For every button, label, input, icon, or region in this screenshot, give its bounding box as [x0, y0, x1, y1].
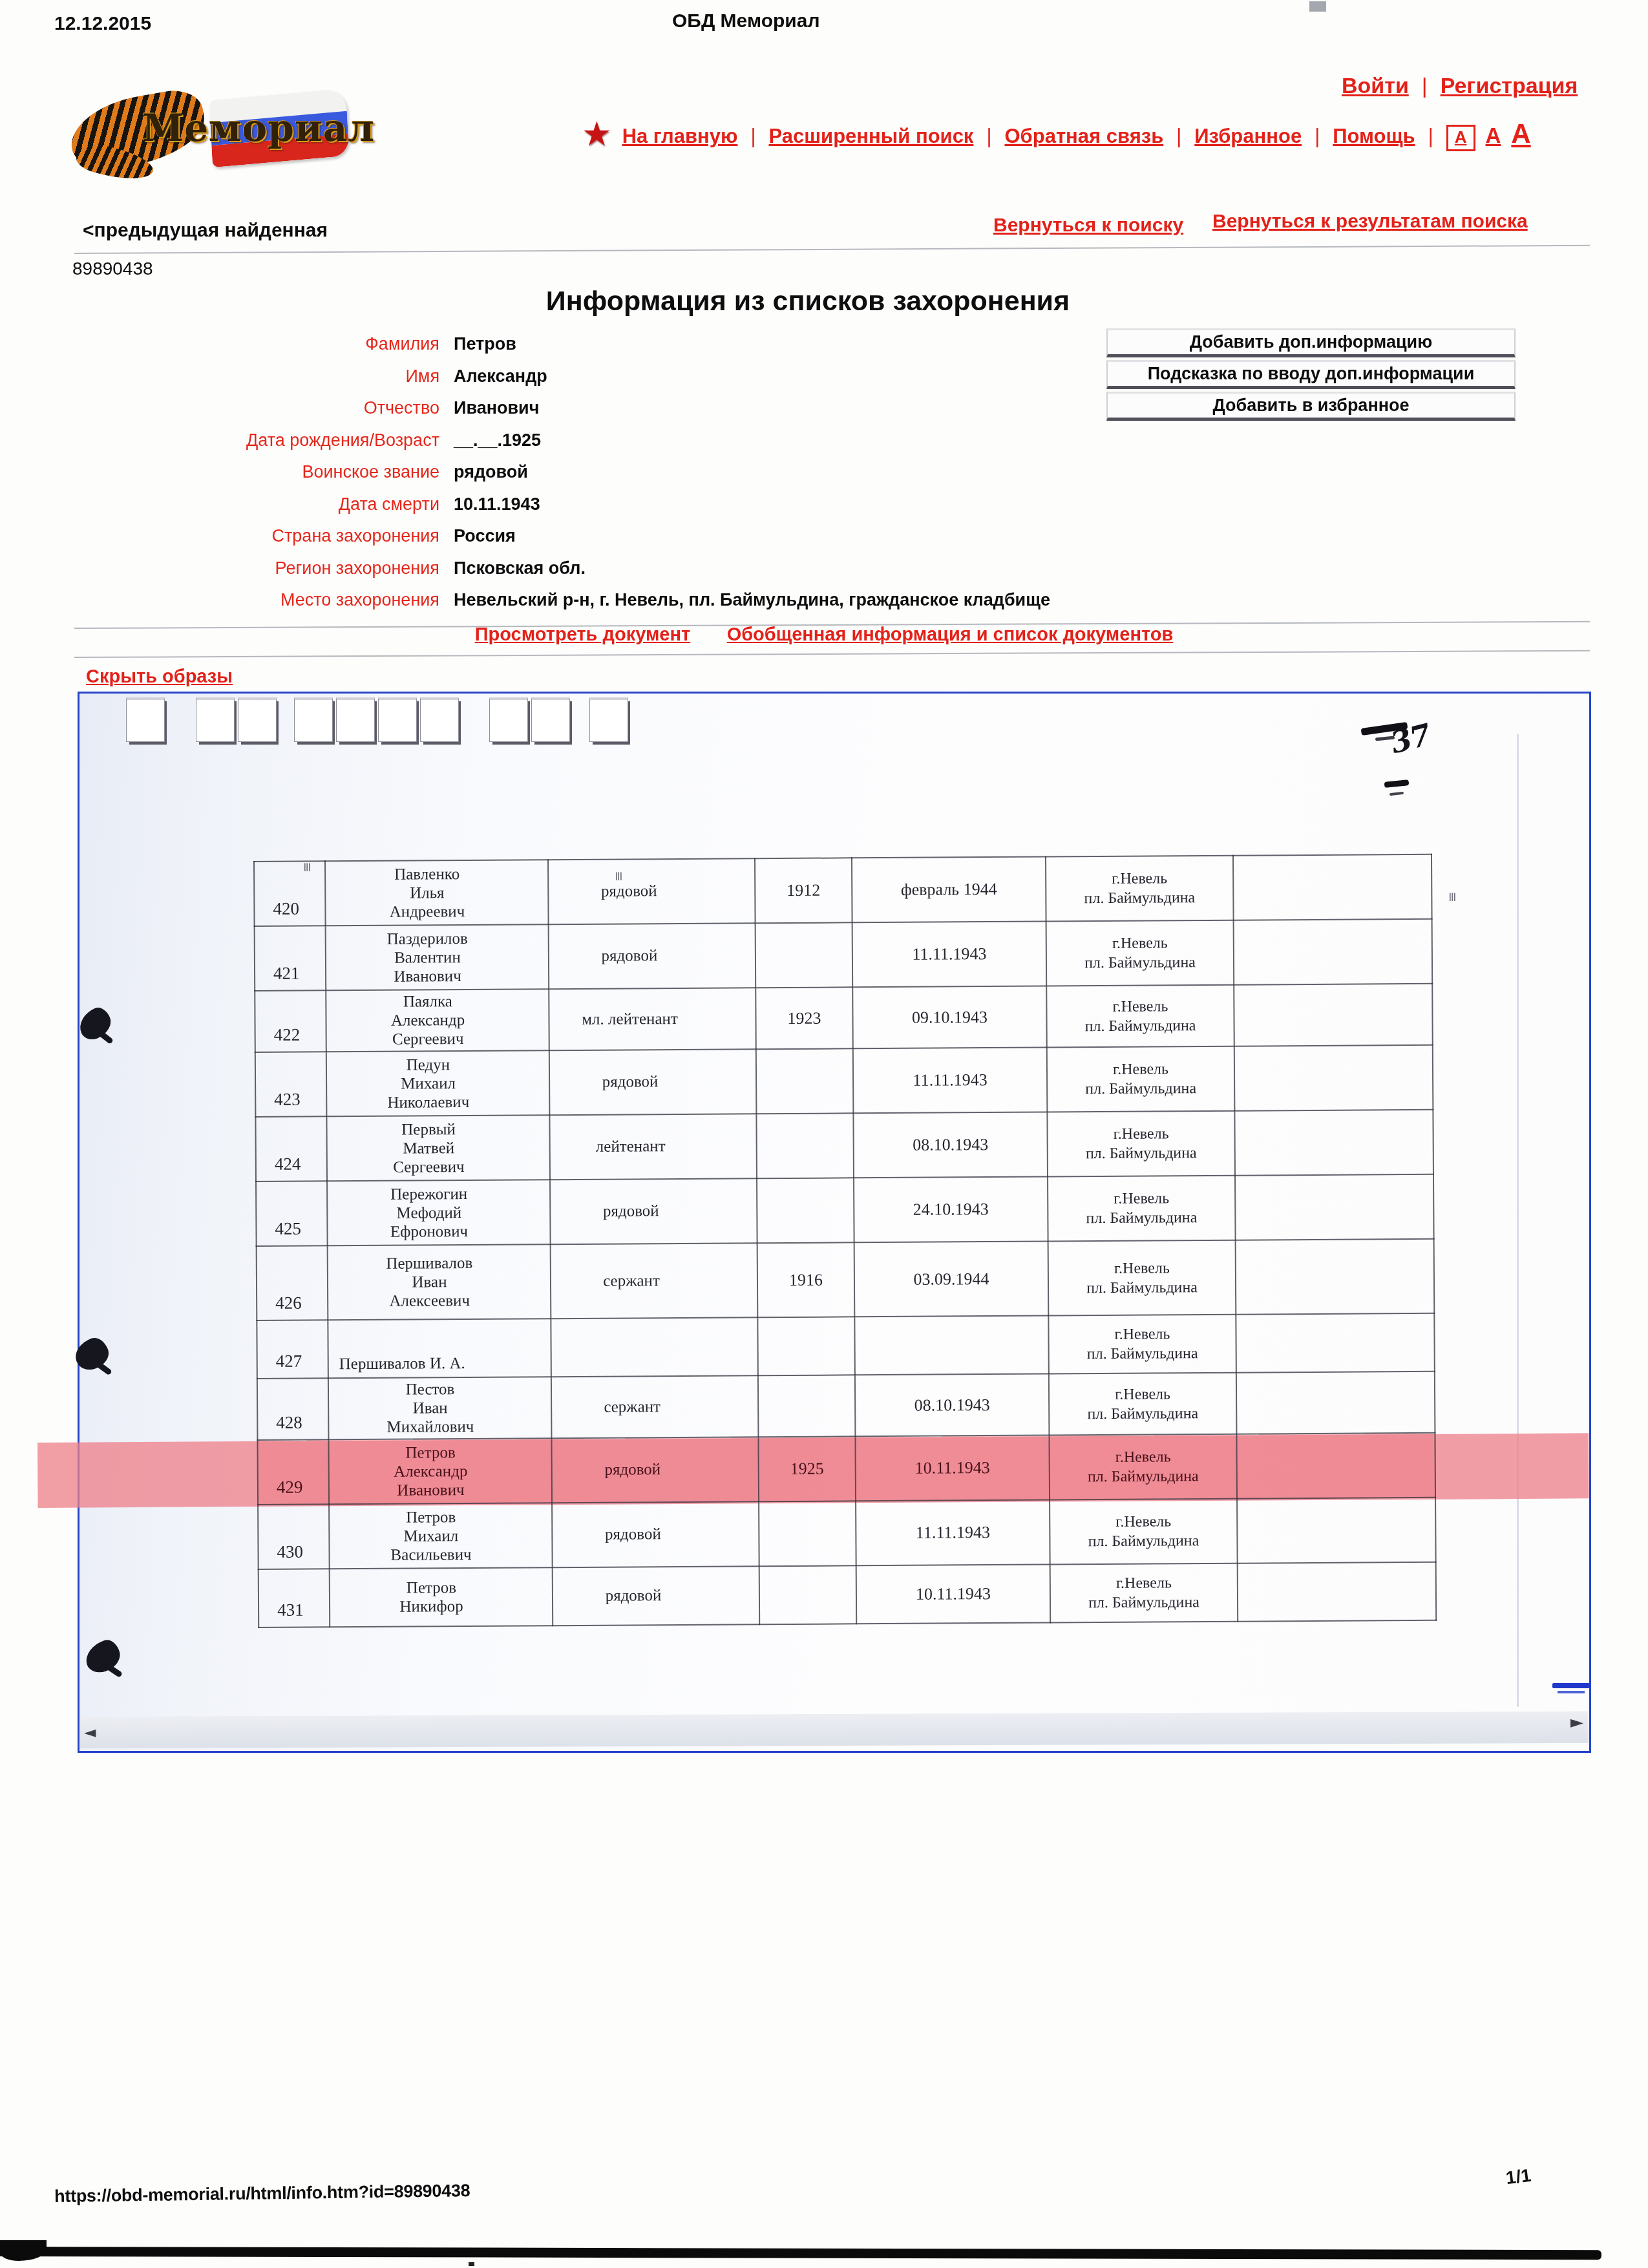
record-field-row: Регион захороненияПсковская обл.	[78, 558, 1176, 591]
field-value: Россия	[454, 526, 516, 546]
record-field-row: Место захороненияНевельский р-н, г. Неве…	[78, 590, 1176, 622]
scan-artifact	[1309, 1, 1326, 12]
birth-year-cell	[757, 1317, 855, 1375]
field-value: Петров	[454, 334, 516, 354]
burial-place-cell: г.Невельпл. Баймульдина	[1048, 1315, 1236, 1374]
field-label: Имя	[78, 366, 439, 387]
field-label: Дата смерти	[78, 494, 439, 514]
view-document-link[interactable]: Просмотреть документ	[475, 624, 691, 645]
field-label: Страна захоронения	[78, 526, 439, 546]
table-row: 430ПетровМихаилВасильевичрядовой11.11.19…	[258, 1498, 1436, 1569]
field-label: Регион захоронения	[78, 558, 439, 578]
rank-cell: рядовой	[549, 1049, 757, 1115]
empty-cell	[1236, 1433, 1435, 1499]
row-number-cell: 422	[255, 990, 326, 1052]
scan-artifact: ≡	[611, 871, 627, 882]
name-cell: ПаздериловВалентинИванович	[326, 924, 549, 990]
empty-cell	[1237, 1498, 1436, 1563]
record-field-row: ОтчествоИванович	[78, 398, 1176, 430]
death-date-cell: 03.09.1944	[854, 1241, 1049, 1317]
row-number-cell: 426	[257, 1245, 328, 1320]
burial-table: 420ПавленкоИльяАндреевичрядовой1912февра…	[253, 854, 1437, 1628]
hide-images-link[interactable]: Скрыть образы	[86, 666, 233, 688]
divider	[74, 245, 1590, 254]
print-date: 12.12.2015	[54, 13, 151, 35]
burial-place-cell: г.Невельпл. Баймульдина	[1048, 1176, 1236, 1242]
burial-place-cell: г.Невельпл. Баймульдина	[1050, 1563, 1238, 1623]
death-date-cell: февраль 1944	[852, 857, 1046, 923]
font-size-medium-button[interactable]: A	[1486, 123, 1501, 148]
name-cell: ПаялкаАлександрСергеевич	[326, 989, 549, 1052]
rank-cell: рядовой	[550, 1178, 757, 1244]
death-date-cell: 11.11.1943	[852, 922, 1047, 988]
font-size-large-button[interactable]: A	[1511, 118, 1530, 149]
name-cell: ПершиваловИванАлексеевич	[328, 1244, 551, 1320]
star-icon: ★	[582, 115, 612, 154]
rank-cell: мл. лейтенант	[549, 988, 756, 1050]
row-number-cell: 421	[255, 926, 326, 991]
scroll-right-icon[interactable]: ►	[1570, 1713, 1583, 1732]
name-cell: ПетровМихаилВасильевич	[329, 1503, 553, 1569]
image-thumbnail[interactable]	[489, 697, 528, 742]
vertical-scrollbar[interactable]	[1517, 734, 1519, 1707]
rank-cell: рядовой	[552, 1501, 759, 1567]
row-number-cell: 425	[256, 1181, 328, 1246]
empty-cell	[1236, 1313, 1435, 1373]
burial-place-cell: г.Невельпл. Баймульдина	[1046, 985, 1234, 1048]
name-cell: ПедунМихаилНиколаевич	[326, 1050, 550, 1116]
rank-cell: лейтенант	[549, 1114, 757, 1180]
record-field-row: Дата рождения/Возраст__.__.1925	[78, 430, 1176, 463]
record-field-row: Страна захороненияРоссия	[78, 526, 1176, 558]
birth-year-cell: 1916	[757, 1242, 855, 1317]
scrollbar-thumb	[1558, 1691, 1585, 1693]
death-date-cell: 11.11.1943	[856, 1500, 1050, 1565]
font-size-small-button[interactable]: A	[1446, 125, 1475, 151]
death-date-cell: 11.11.1943	[853, 1048, 1048, 1114]
nav-separator: |	[986, 125, 991, 148]
death-date-cell: 10.11.1943	[856, 1564, 1051, 1624]
scan-artifact: ≡	[1445, 892, 1461, 903]
rank-cell: сержант	[551, 1243, 758, 1319]
scanned-burial-list: 420ПавленкоИльяАндреевичрядовой1912февра…	[253, 854, 1437, 1628]
death-date-cell: 09.10.1943	[852, 986, 1047, 1049]
empty-cell	[1234, 1045, 1433, 1111]
burial-place-cell: г.Невельпл. Баймульдина	[1049, 1434, 1237, 1500]
record-field-row: Дата смерти10.11.1943	[78, 494, 1176, 527]
burial-place-cell: г.Невельпл. Баймульдина	[1047, 1046, 1235, 1112]
back-to-search-link[interactable]: Вернуться к поиску	[993, 215, 1183, 237]
birth-year-cell: 1912	[755, 858, 852, 923]
burial-place-cell: г.Невельпл. Баймульдина	[1049, 1373, 1237, 1436]
birth-year-cell: 1925	[758, 1436, 856, 1501]
rank-cell: рядовой	[551, 1437, 759, 1503]
birth-year-cell	[756, 1113, 854, 1178]
nav-advanced-search-link[interactable]: Расширенный поиск	[769, 125, 974, 148]
login-link[interactable]: Войти	[1342, 74, 1409, 99]
back-to-results-link[interactable]: Вернуться к результатам поиска	[1212, 211, 1528, 233]
field-value: Иванович	[454, 398, 539, 418]
scan-edge-artifact	[469, 2262, 474, 2266]
death-date-cell: 08.10.1943	[855, 1373, 1050, 1436]
table-row: 427Першивалов И. А.г.Невельпл. Баймульди…	[257, 1313, 1435, 1379]
image-thumbnail[interactable]	[378, 697, 417, 742]
field-label: Дата рождения/Возраст	[78, 430, 439, 450]
scan-edge-artifact	[0, 2247, 1601, 2260]
rank-cell: сержант	[551, 1375, 759, 1438]
field-label: Место захоронения	[78, 590, 439, 610]
empty-cell	[1236, 1239, 1435, 1315]
burial-place-cell: г.Невельпл. Баймульдина	[1050, 1499, 1238, 1565]
image-thumbnail[interactable]	[238, 697, 277, 742]
field-value: Александр	[454, 366, 547, 387]
burial-place-cell: г.Невельпл. Баймульдина	[1047, 1111, 1235, 1177]
row-number-cell: 428	[257, 1378, 329, 1440]
row-number-cell: 424	[255, 1116, 327, 1182]
image-thumbnail[interactable]	[531, 697, 570, 742]
image-thumbnail[interactable]	[126, 697, 165, 742]
nav-separator: |	[1428, 125, 1433, 148]
name-cell: ПавленкоИльяАндреевич	[325, 860, 549, 926]
record-fields: ФамилияПетровИмяАлександрОтчествоИванови…	[78, 334, 1176, 622]
burial-place-cell: г.Невельпл. Баймульдина	[1046, 856, 1234, 922]
rank-cell: рядовой	[548, 858, 755, 924]
table-row: 423ПедунМихаилНиколаевичрядовой11.11.194…	[255, 1045, 1433, 1117]
birth-year-cell	[755, 922, 853, 988]
birth-year-cell	[757, 1178, 854, 1243]
row-number-cell: 429	[257, 1439, 329, 1505]
record-field-row: ИмяАлександр	[78, 366, 1176, 399]
table-row: 425ПережогинМефодийЕфроновичрядовой24.10…	[256, 1174, 1434, 1246]
empty-cell	[1234, 919, 1433, 985]
birth-year-cell	[759, 1501, 856, 1566]
image-thumbnail[interactable]	[294, 697, 333, 742]
table-row: 421ПаздериловВалентинИвановичрядовой11.1…	[255, 919, 1433, 991]
scan-artifact: ≡	[300, 862, 315, 873]
rank-cell: рядовой	[549, 923, 756, 989]
image-thumbnail[interactable]	[336, 697, 375, 742]
death-date-cell: 10.11.1943	[855, 1435, 1050, 1501]
record-field-row: Воинское званиерядовой	[78, 462, 1176, 494]
auth-links: Войти | Регистрация	[1342, 74, 1578, 99]
name-cell: Першивалов И. А.	[328, 1319, 551, 1378]
scroll-left-icon[interactable]: ◄	[84, 1723, 96, 1741]
name-cell: ПетровАлександрИванович	[328, 1438, 552, 1504]
auth-separator: |	[1422, 74, 1428, 99]
row-number-cell: 431	[259, 1569, 330, 1627]
empty-cell	[1233, 854, 1432, 920]
nav-feedback-link[interactable]: Обратная связь	[1004, 125, 1163, 148]
nav-separator: |	[750, 125, 755, 148]
scrollbar-thumb[interactable]	[1552, 1683, 1590, 1688]
rank-cell	[551, 1317, 758, 1377]
print-page-title: ОБД Мемориал	[672, 10, 820, 32]
main-nav: ★ На главную | Расширенный поиск | Обрат…	[582, 112, 1531, 151]
death-date-cell: 24.10.1943	[854, 1177, 1048, 1243]
empty-cell	[1235, 1174, 1434, 1240]
table-row: 422ПаялкаАлександрСергеевичмл. лейтенант…	[255, 984, 1433, 1052]
empty-cell	[1236, 1372, 1435, 1434]
name-cell: ПестовИванМихайлович	[328, 1377, 552, 1439]
site-logo[interactable]: Мемориал	[70, 72, 361, 176]
nav-favorites-link[interactable]: Избранное	[1194, 125, 1302, 148]
table-row: 428ПестовИванМихайловичсержант08.10.1943…	[257, 1372, 1435, 1440]
field-value: Невельский р-н, г. Невель, пл. Баймульди…	[454, 590, 1050, 610]
table-row: 420ПавленкоИльяАндреевичрядовой1912февра…	[254, 854, 1432, 926]
scan-edge-artifact	[0, 2240, 47, 2261]
row-number-cell: 427	[257, 1320, 328, 1379]
page-title: Информация из списков захоронения	[546, 286, 1070, 317]
document-links: Просмотреть документ Обобщенная информац…	[0, 624, 1648, 646]
previous-found-link[interactable]: <предыдущая найденная	[83, 220, 328, 242]
table-row: 429ПетровАлександрИвановичрядовой192510.…	[257, 1433, 1435, 1505]
field-value: 10.11.1943	[454, 494, 540, 514]
name-cell: ПервыйМатвейСергеевич	[326, 1115, 550, 1181]
record-id: 89890438	[72, 259, 153, 279]
summary-documents-link[interactable]: Обобщенная информация и список документо…	[727, 624, 1174, 645]
field-value: __.__.1925	[454, 430, 541, 450]
rank-cell: рядовой	[553, 1566, 760, 1626]
empty-cell	[1234, 984, 1433, 1046]
footer-url: https://obd-memorial.ru/html/info.htm?id…	[54, 2181, 470, 2207]
birth-year-cell	[758, 1375, 856, 1437]
logo-wordmark: Мемориал	[142, 106, 375, 150]
table-row: 426ПершиваловИванАлексеевичсержант191603…	[257, 1239, 1435, 1320]
divider	[74, 650, 1590, 658]
row-number-cell: 430	[258, 1504, 330, 1569]
name-cell: ПережогинМефодийЕфронович	[327, 1180, 551, 1245]
empty-cell	[1234, 1110, 1433, 1176]
image-thumbnail[interactable]	[420, 697, 459, 742]
empty-cell	[1238, 1562, 1437, 1622]
nav-help-link[interactable]: Помощь	[1333, 125, 1415, 148]
page-number: 1/1	[1505, 2165, 1532, 2189]
table-row: 424ПервыйМатвейСергеевичлейтенант08.10.1…	[255, 1110, 1433, 1182]
horizontal-scrollbar[interactable]: ◄ ►	[80, 1712, 1589, 1748]
field-label: Отчество	[78, 398, 439, 418]
field-value: Псковская обл.	[454, 558, 586, 578]
field-label: Воинское звание	[78, 462, 439, 482]
birth-year-cell: 1923	[755, 987, 853, 1049]
name-cell: ПетровНикифор	[330, 1567, 553, 1627]
record-field-row: ФамилияПетров	[78, 334, 1176, 366]
table-row: 431ПетровНикифоррядовой10.11.1943г.Невел…	[259, 1562, 1437, 1627]
birth-year-cell	[759, 1565, 857, 1624]
register-link[interactable]: Регистрация	[1441, 74, 1578, 99]
death-date-cell	[854, 1315, 1049, 1375]
image-thumbnail[interactable]	[196, 697, 235, 742]
nav-home-link[interactable]: На главную	[622, 125, 738, 148]
field-label: Фамилия	[78, 334, 439, 354]
nav-separator: |	[1315, 125, 1320, 148]
death-date-cell: 08.10.1943	[853, 1112, 1048, 1178]
burial-place-cell: г.Невельпл. Баймульдина	[1046, 920, 1234, 986]
birth-year-cell	[756, 1048, 854, 1114]
burial-place-cell: г.Невельпл. Баймульдина	[1048, 1240, 1236, 1316]
nav-separator: |	[1176, 125, 1181, 148]
image-thumbnail[interactable]	[589, 697, 628, 742]
field-value: рядовой	[454, 462, 528, 482]
row-number-cell: 423	[255, 1052, 327, 1117]
